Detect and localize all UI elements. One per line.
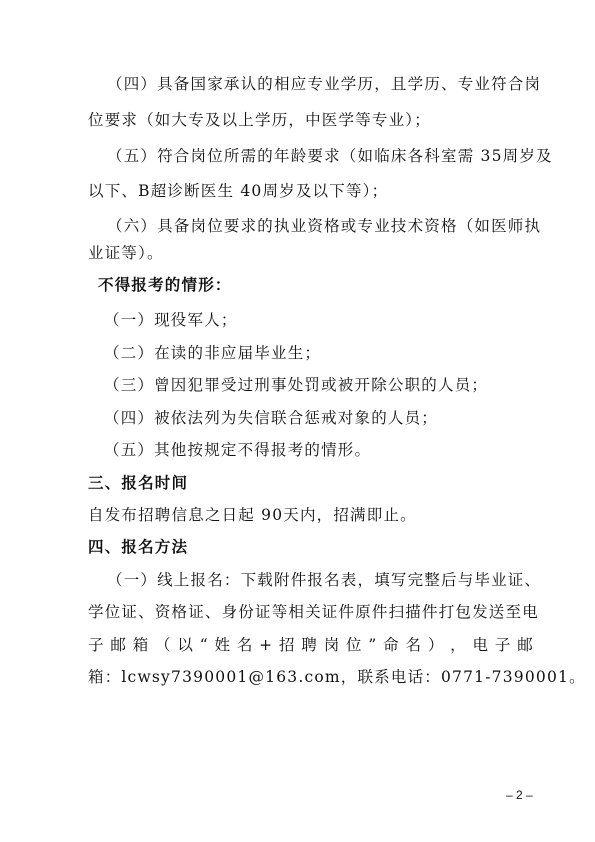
- paragraph-line: （五）符合岗位所需的年龄要求（如临床各科室需 35周岁及: [107, 146, 553, 166]
- char: 电: [473, 635, 489, 655]
- section-heading: 三、报名时间: [88, 473, 188, 493]
- contact-line: 箱：lcwsy7390001@163.com，联系电话：0771-7390001…: [88, 667, 586, 687]
- char: 姓: [214, 635, 230, 655]
- char: （: [155, 635, 171, 655]
- char: 邮: [517, 635, 533, 655]
- section-subheading: 不得报考的情形：: [98, 275, 232, 295]
- char: 位: [346, 635, 362, 655]
- char: 名: [237, 635, 253, 655]
- list-item: （二）在读的非应届毕业生；: [104, 343, 321, 363]
- char: 命: [383, 635, 399, 655]
- char: +: [259, 635, 272, 655]
- list-item: （三）曾因犯罪受过刑事处罚或被开除公职的人员；: [104, 375, 488, 395]
- paragraph-line-justified: 子邮箱（以“姓名+招聘岗位”命名），电子邮: [88, 635, 533, 655]
- paragraph-line: 位要求（如大专及以上学历，中医学等专业）；: [88, 110, 431, 130]
- paragraph-line: 自发布招聘信息之日起 90天内，招满即止。: [88, 505, 417, 525]
- section-heading: 四、报名方法: [88, 537, 188, 557]
- paragraph-line: （一）线上报名：下载附件报名表，填写完整后与毕业证、: [107, 570, 541, 590]
- char: ”: [368, 635, 376, 655]
- char: “: [200, 635, 208, 655]
- char: ，: [450, 635, 466, 655]
- list-item: （四）被依法列为失信联合惩戒对象的人员；: [104, 408, 438, 428]
- paragraph-line: 学位证、资格证、身份证等相关证件原件扫描件打包发送至电: [88, 602, 539, 622]
- paragraph-line: 以下、B超诊断医生 40周岁及以下等）；: [88, 181, 388, 201]
- char: 聘: [301, 635, 317, 655]
- char: 子: [88, 635, 104, 655]
- char: ）: [428, 635, 444, 655]
- paragraph-line: （六）具备岗位要求的执业资格或专业技术资格（如医师执: [107, 216, 541, 236]
- char: 邮: [110, 635, 126, 655]
- char: 岗: [324, 635, 340, 655]
- page-number: – 2 –: [506, 788, 533, 802]
- char: 箱: [133, 635, 149, 655]
- char: 名: [405, 635, 421, 655]
- list-item: （一）现役军人；: [104, 310, 238, 330]
- char: 招: [279, 635, 295, 655]
- paragraph-line: （四）具备国家承认的相应专业学历，且学历、专业符合岗: [107, 74, 541, 94]
- list-item: （五）其他按规定不得报考的情形。: [104, 440, 371, 460]
- paragraph-line: 业证等）。: [88, 243, 164, 263]
- char: 子: [495, 635, 511, 655]
- char: 以: [177, 635, 193, 655]
